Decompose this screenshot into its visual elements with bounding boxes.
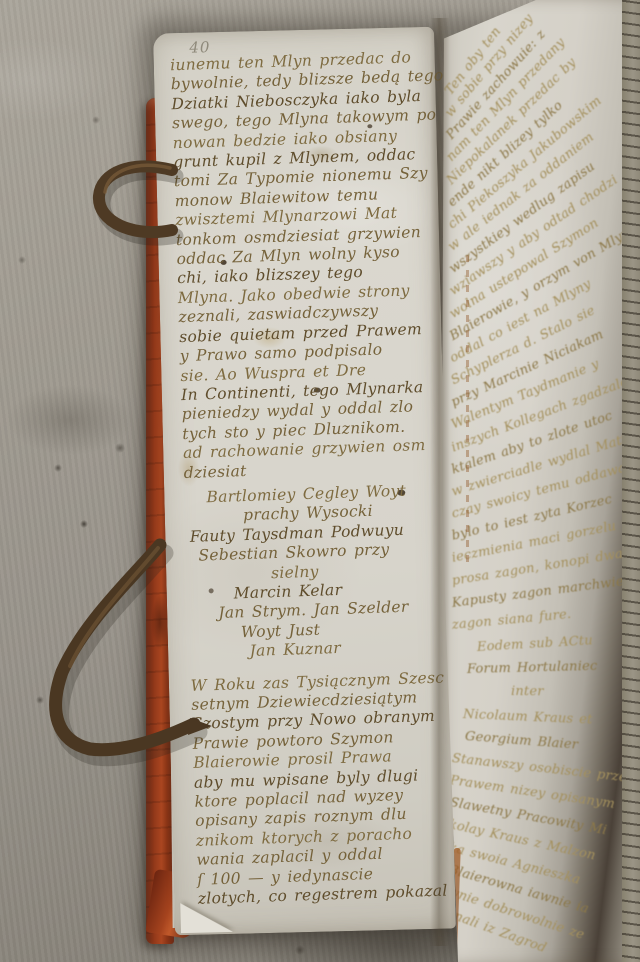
gutter-shadow [430,18,450,946]
right-page-curled: Ten oby tenw sobie przy nizeyPrawie zach… [436,0,640,962]
paragraph-1: iunemu ten Mlyn przedac dobywolnie, tedy… [170,48,436,483]
left-page: 40 iunemu ten Mlyn przedac dobywolnie, t… [153,27,456,936]
paragraph-2: W Roku zas Tysiącznym Szescsetnym Dziewi… [190,668,450,909]
next-page-edge [622,0,640,962]
rust-stain [466,255,469,565]
manuscript-line: Forum Hortulaniec [467,659,598,677]
manuscript-line: inter [511,684,544,699]
left-page-text: iunemu ten Mlyn przedac dobywolnie, tedy… [170,48,450,909]
page-number: 40 [189,38,211,57]
manuscript-line: zagon siana fure. [451,607,572,633]
manuscript-line: Eodem sub ACtu [477,633,594,655]
manuscript-line: Georgium Blaier [464,729,578,753]
manuscript-line: Nicolaum Kraus et [462,707,592,728]
witness-list: Bartlomiey Cegley Woytprachy WysockiFaut… [184,481,442,664]
photo-of-manuscript: 40 iunemu ten Mlyn przedac dobywolnie, t… [0,0,640,962]
